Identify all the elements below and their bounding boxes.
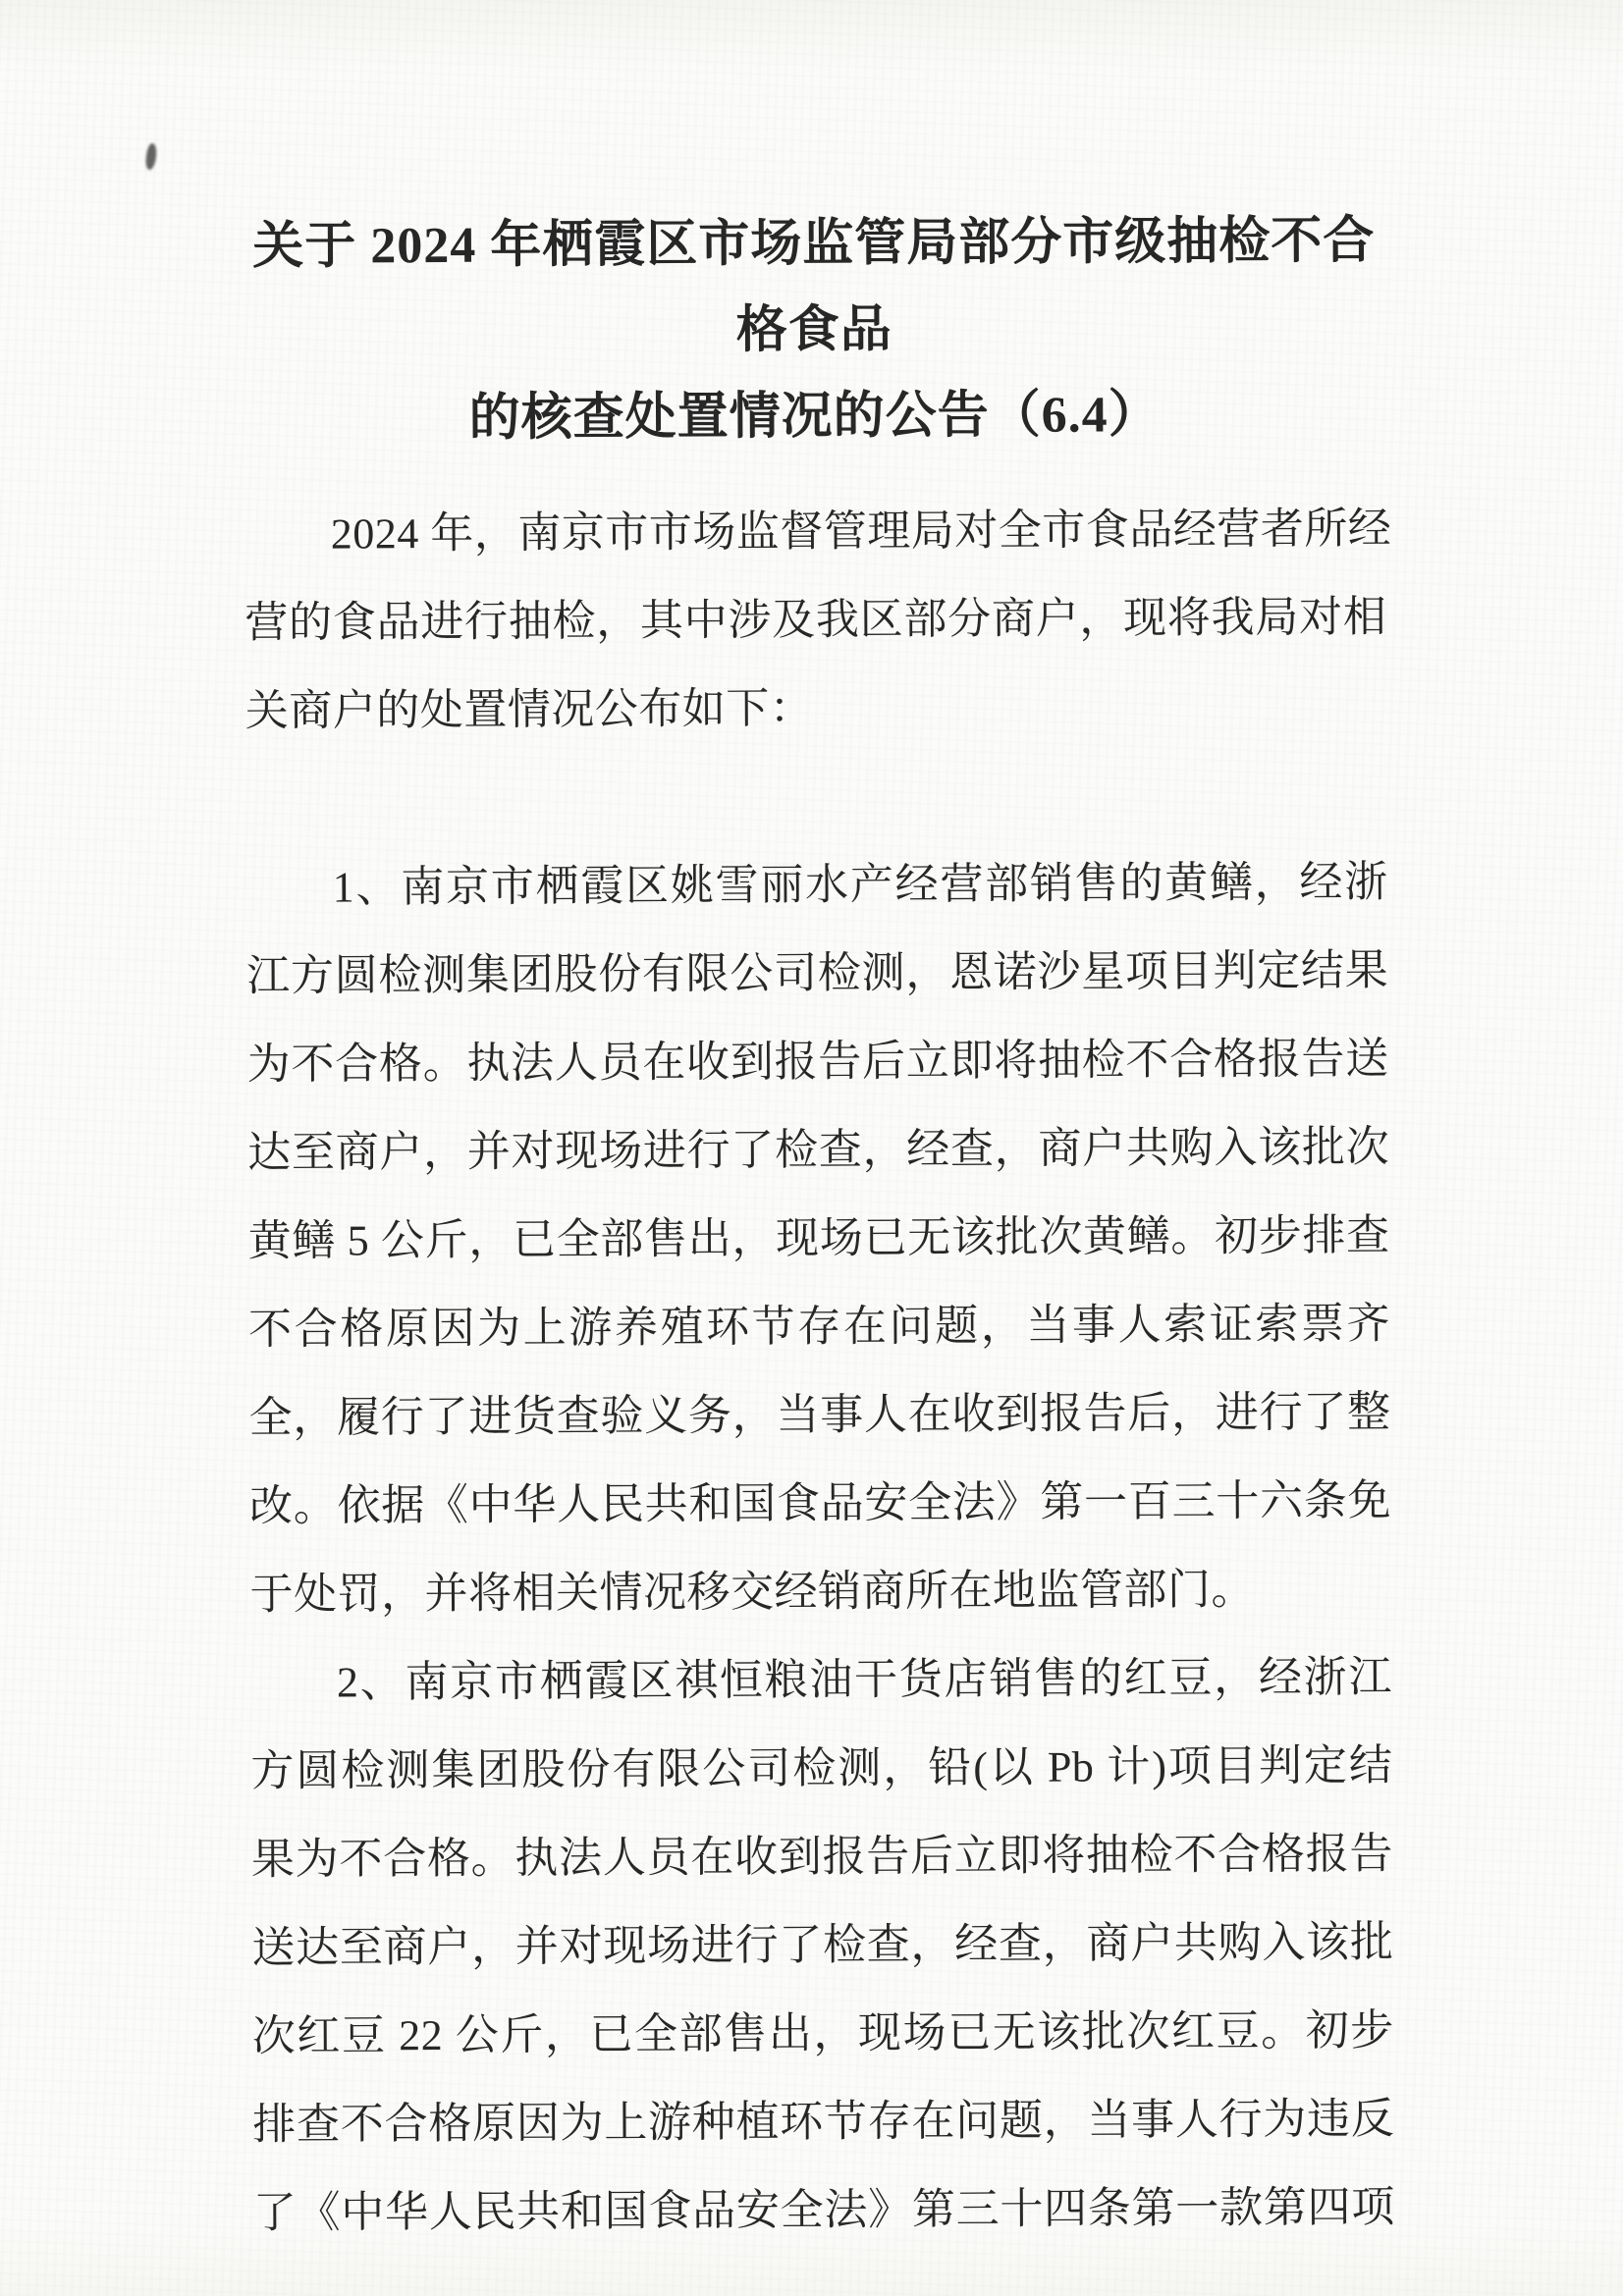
text-line: 全，履行了进货查验义务，当事人在收到报告后，进行了整 <box>248 1368 1390 1463</box>
document-content: 关于 2024 年栖霞区市场监管局部分市级抽检不合格食品 的核查处置情况的公告（… <box>0 0 1623 2259</box>
paragraph-intro: 2024 年，南京市市场监督管理局对全市食品经营者所经营的食品进行抽检，其中涉及… <box>244 485 1387 756</box>
text-line: 2024 年，南京市市场监督管理局对全市食品经营者所经 <box>244 485 1386 579</box>
text-line: 达至商户，并对现场进行了检查，经查，商户共购入该批次 <box>247 1103 1389 1198</box>
text-line: 营的食品进行抽检，其中涉及我区部分商户，现将我局对相 <box>244 573 1386 667</box>
text-line: 为不合格。执法人员在收到报告后立即将抽检不合格报告送 <box>246 1015 1388 1109</box>
text-line: 黄鳝 5 公斤，已全部售出，现场已无该批次黄鳝。初步排查 <box>247 1192 1389 1286</box>
document-body: 2024 年，南京市市场监督管理局对全市食品经营者所经营的食品进行抽检，其中涉及… <box>244 485 1395 2258</box>
document-title-line-2: 的核查处置情况的公告（6.4） <box>243 371 1385 463</box>
text-line: 次红豆 22 公斤，已全部售出，现场已无该批次红豆。初步 <box>252 1987 1394 2081</box>
paragraph-spacer <box>245 750 1387 844</box>
text-line: 1、南京市栖霞区姚雪丽水产经营部销售的黄鳝，经浙 <box>245 838 1387 933</box>
text-line: 关商户的处置情况公布如下： <box>245 662 1387 756</box>
text-line: 江方圆检测集团股份有限公司检测，恩诺沙星项目判定结果 <box>246 927 1388 1021</box>
text-line: 排查不合格原因为上游种植环节存在问题，当事人行为违反 <box>252 2075 1394 2169</box>
paragraph-item-2: 2、南京市栖霞区祺恒粮油干货店销售的红豆，经浙江方圆检测集团股份有限公司检测，铅… <box>250 1633 1395 2258</box>
text-line: 不合格原因为上游养殖环节存在问题，当事人索证索票齐 <box>248 1280 1390 1374</box>
text-line: 送达至商户，并对现场进行了检查，经查，商户共购入该批 <box>251 1898 1393 1993</box>
text-line: 改。依据《中华人民共和国食品安全法》第一百三十六条免 <box>249 1457 1391 1551</box>
paragraph-item-1: 1、南京市栖霞区姚雪丽水产经营部销售的黄鳝，经浙江方圆检测集团股份有限公司检测，… <box>245 838 1391 1639</box>
text-line: 2、南京市栖霞区祺恒粮油干货店销售的红豆，经浙江 <box>250 1633 1392 1728</box>
text-line: 于处罚，并将相关情况移交经销商所在地监管部门。 <box>249 1545 1391 1639</box>
document-title-line-1: 关于 2024 年栖霞区市场监管局部分市级抽检不合格食品 <box>243 198 1385 377</box>
text-line: 方圆检测集团股份有限公司检测，铅(以 Pb 计)项目判定结 <box>250 1722 1392 1816</box>
document-title: 关于 2024 年栖霞区市场监管局部分市级抽检不合格食品 的核查处置情况的公告（… <box>243 198 1385 463</box>
scanned-document-page: 关于 2024 年栖霞区市场监管局部分市级抽检不合格食品 的核查处置情况的公告（… <box>0 0 1623 2296</box>
text-line: 了《中华人民共和国食品安全法》第三十四条第一款第四项 <box>253 2163 1395 2258</box>
text-line: 果为不合格。执法人员在收到报告后立即将抽检不合格报告 <box>251 1810 1393 1904</box>
